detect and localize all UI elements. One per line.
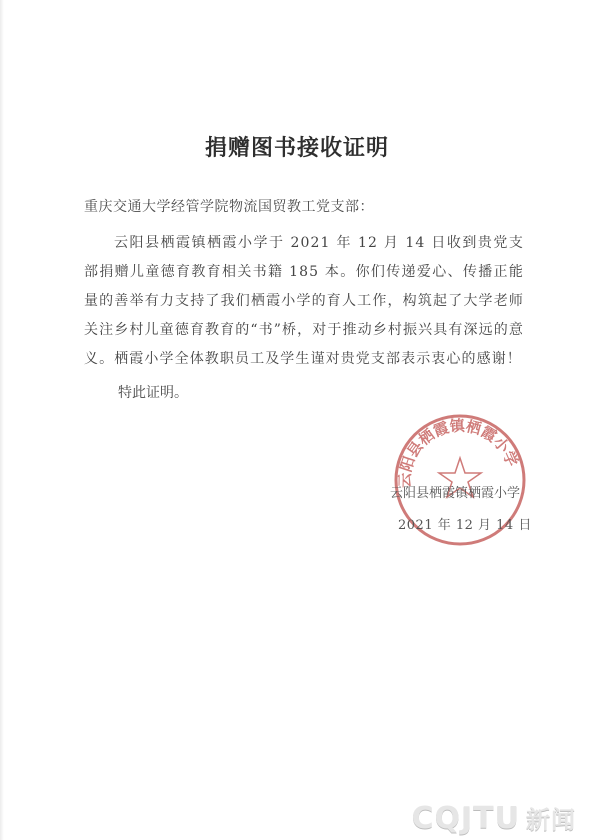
body-paragraph: 云阳县栖霞镇栖霞小学于 2021 年 12 月 14 日收到贵党支部捐赠儿童德育… (84, 229, 524, 374)
closing-line: 特此证明。 (118, 382, 188, 402)
stamp-text: 云阳县栖霞镇栖霞小学 (396, 417, 522, 488)
page-edge (0, 0, 4, 840)
svg-text:云阳县栖霞镇栖霞小学: 云阳县栖霞镇栖霞小学 (396, 417, 522, 488)
signature-date: 2021 年 12 月 14 日 (398, 514, 532, 533)
watermark-logo: CQJTU新闻 (411, 800, 576, 836)
document-title: 捐赠图书接收证明 (0, 131, 594, 162)
watermark-suffix: 新闻 (526, 806, 576, 834)
salutation: 重庆交通大学经管学院物流国贸教工党支部： (84, 196, 374, 216)
signature: 云阳县栖霞镇栖霞小学 (390, 482, 520, 501)
watermark-brand: CQJTU (411, 801, 520, 836)
